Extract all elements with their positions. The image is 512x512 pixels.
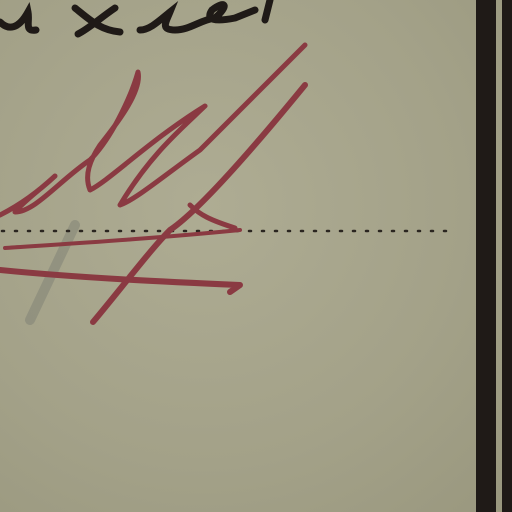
- border-line-thick: [476, 0, 496, 512]
- document-markings: [0, 0, 512, 512]
- border-line-thin: [502, 0, 512, 512]
- top-handwriting: [0, 0, 270, 34]
